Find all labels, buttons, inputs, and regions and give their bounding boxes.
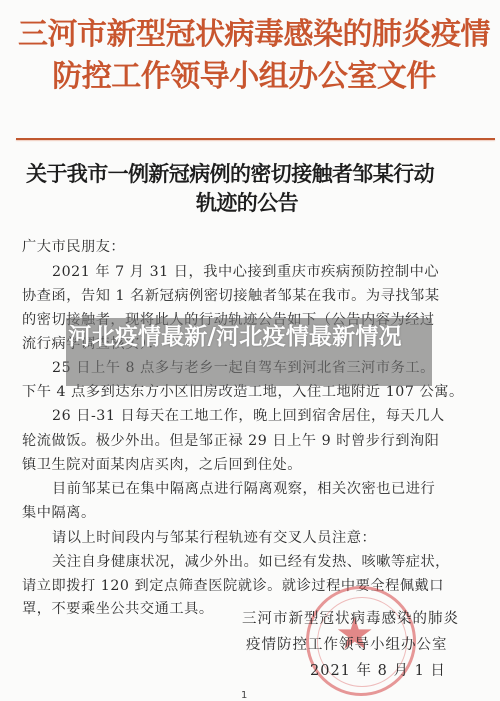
body-line: 轮流做饭。极少外出。但是邹正禄 29 日上午 9 时曾步行到洵阳 (22, 430, 439, 450)
body-line: 集中隔离。 (22, 502, 96, 522)
red-divider-line (16, 138, 495, 140)
body-line: 关注自身健康状况，减少外出。如已经有发热、咳嗽等症状， (52, 551, 450, 571)
notice-title-line1: 关于我市一例新冠病例的密切接触者邹某行动 (0, 160, 480, 188)
caption-overlay-text: 河北疫情最新/河北疫情最新情况 (66, 322, 404, 352)
body-line: 请以上时间段内与邹某行程轨迹有交叉人员注意： (52, 527, 376, 547)
body-line: 26 日-31 日每天在工地工作，晚上回到宿舍居住，每天几人 (52, 405, 445, 425)
issuing-office-title-line1: 三河市新型冠状病毒感染的肺炎疫情 (4, 16, 500, 54)
issuing-office-title-line2: 防控工作领导小组办公室文件 (0, 58, 494, 96)
body-line: 协查函，告知 1 名新冠病例密切接触者邹某在我市。为寻找邹某 (22, 285, 440, 305)
signature-date: 2021 年 8 月 1 日 (310, 659, 446, 680)
body-line: 目前邹某已在集中隔离点进行隔离观察，相关次密也已进行 (52, 478, 435, 498)
notice-title-line2: 轨迹的公告 (0, 189, 497, 217)
signature-line1: 三河市新型冠状病毒感染的肺炎 (242, 607, 459, 628)
body-line: 罩，不要乘坐公共交通工具。 (22, 598, 214, 618)
salutation: 广大市民朋友： (22, 236, 125, 256)
body-line: 2021 年 7 月 31 日，我中心接到重庆市疾病预防控制中心 (52, 261, 439, 281)
body-line: 镇卫生院对面某肉店买肉，之后回到住处。 (22, 454, 302, 474)
page-number: 1 (241, 690, 247, 701)
signature-line2: 疫情防控工作领导小组办公室 (246, 633, 448, 654)
